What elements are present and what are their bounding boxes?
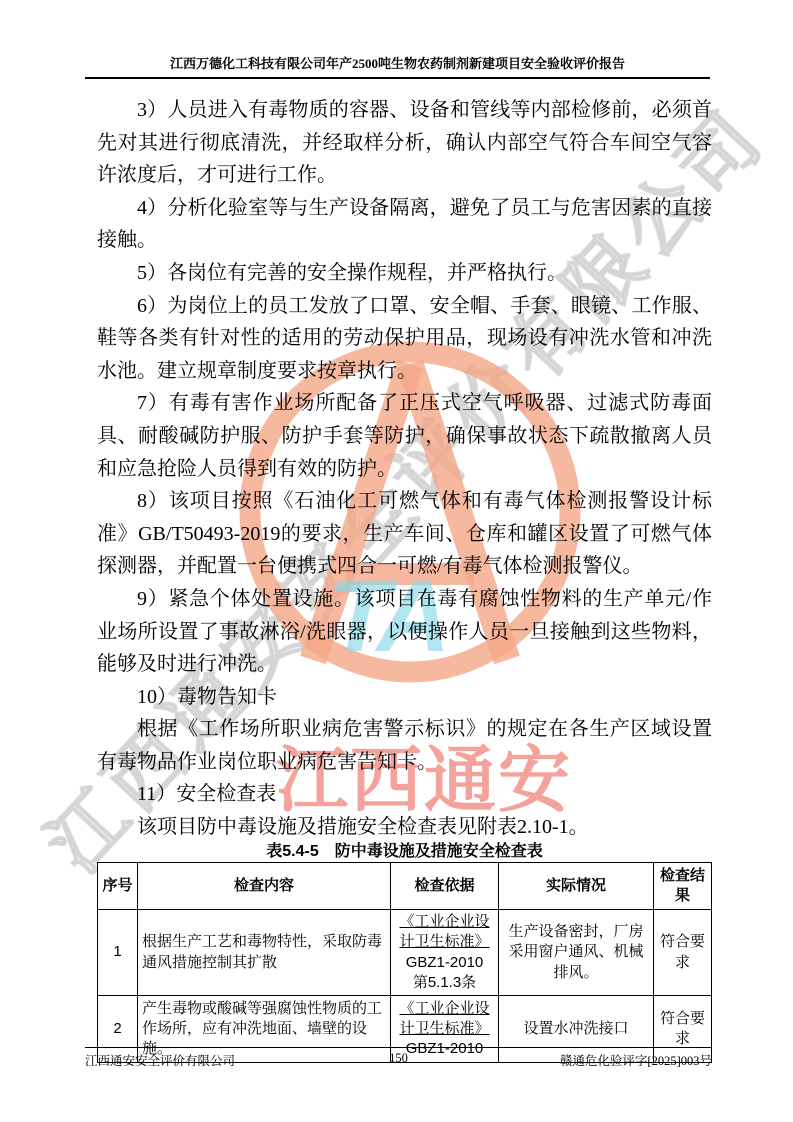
table-caption: 表5.4-5 防中毒设施及措施安全检查表 <box>97 838 712 861</box>
standard-title: 《工业企业设计卫生标准》 <box>399 1000 489 1037</box>
footer-company: 江西通安安全评价有限公司 <box>85 1051 235 1069</box>
inspection-table: 序号 检查内容 检查依据 实际情况 检查结果 1根据生产工艺和毒物特性，采取防毒… <box>97 862 712 1063</box>
cell-check-result: 符合要求 <box>654 910 712 996</box>
paragraph: 7）有毒有害作业场所配备了正压式空气呼吸器、过滤式防毒面具、耐酸碱防护服、防护手… <box>97 387 712 485</box>
page-footer: 150 江西通安安全评价有限公司 赣通危化验评字[2025]003号 <box>85 1051 712 1069</box>
paragraph: 根据《工作场所职业病危害警示标识》的规定在各生产区域设置有毒物品作业岗位职业病危… <box>97 713 712 778</box>
document-body: 3）人员进入有毒物质的容器、设备和管线等内部检修前，必须首先对其进行彻底清洗，并… <box>97 94 712 844</box>
cell-check-basis: 《工业企业设计卫生标准》GBZ1-2010第5.1.3条 <box>391 910 499 996</box>
col-header-actual: 实际情况 <box>499 863 654 910</box>
standard-code: GBZ1-2010 <box>395 953 494 973</box>
col-header-basis: 检查依据 <box>391 863 499 910</box>
paragraph: 10）毒物告知卡 <box>97 681 712 714</box>
col-header-no: 序号 <box>98 863 138 910</box>
cell-actual-situation: 生产设备密封，厂房采用窗户通风、机械排风。 <box>499 910 654 996</box>
table-row: 1根据生产工艺和毒物特性，采取防毒通风措施控制其扩散《工业企业设计卫生标准》GB… <box>98 910 712 996</box>
footer-rule <box>85 1047 712 1048</box>
header-rule <box>85 77 710 79</box>
cell-no: 1 <box>98 910 138 996</box>
paragraph: 9）紧急个体处置设施。该项目在毒有腐蚀性物料的生产单元/作业场所设置了事故淋浴/… <box>97 583 712 681</box>
cell-check-content: 根据生产工艺和毒物特性，采取防毒通风措施控制其扩散 <box>138 910 391 996</box>
page-content: 江西万德化工科技有限公司年产2500吨生物农药制剂新建项目安全验收评价报告 3）… <box>0 0 793 1122</box>
paragraph: 8）该项目按照《石油化工可燃气体和有毒气体检测报警设计标准》GB/T50493-… <box>97 485 712 583</box>
col-header-content: 检查内容 <box>138 863 391 910</box>
paragraph: 4）分析化验室等与生产设备隔离，避免了员工与危害因素的直接接触。 <box>97 192 712 257</box>
table-header-row: 序号 检查内容 检查依据 实际情况 检查结果 <box>98 863 712 910</box>
paragraph: 3）人员进入有毒物质的容器、设备和管线等内部检修前，必须首先对其进行彻底清洗，并… <box>97 94 712 192</box>
col-header-result: 检查结果 <box>654 863 712 910</box>
footer-document-number: 赣通危化验评字[2025]003号 <box>560 1051 712 1069</box>
document-page: 江西通安安全评价有限公司 TA 江西通安 江西万德化工科技有限公司年产2500吨… <box>0 0 793 1122</box>
paragraph: 6）为岗位上的员工发放了口罩、安全帽、手套、眼镜、工作服、鞋等各类有针对性的适用… <box>97 290 712 388</box>
paragraph: 11）安全检查表 <box>97 778 712 811</box>
paragraph: 5）各岗位有完善的安全操作规程，并严格执行。 <box>97 257 712 290</box>
page-header-title: 江西万德化工科技有限公司年产2500吨生物农药制剂新建项目安全验收评价报告 <box>85 56 710 72</box>
standard-title: 《工业企业设计卫生标准》 <box>399 913 489 950</box>
standard-clause: 第5.1.3条 <box>395 973 494 993</box>
